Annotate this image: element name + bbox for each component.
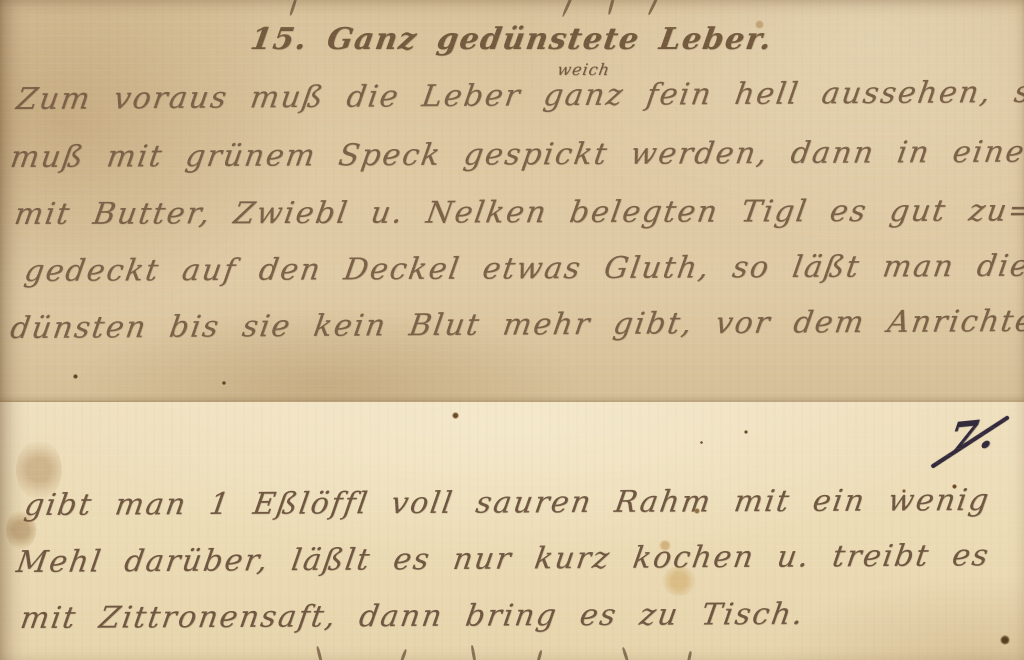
recipe-title: 15. Ganz gedünstete Leber.	[248, 22, 775, 57]
manuscript-line: Mehl darüber, läßlt es nur kurz kochen u…	[14, 538, 992, 580]
manuscript-line: mit Zittronensaft, dann bring es zu Tisc…	[18, 597, 807, 636]
inserted-word: weich	[556, 60, 612, 79]
manuscript-line: Zum voraus muß die Leber ganz fein hell …	[14, 75, 1024, 117]
manuscript-page: 15. Ganz gedünstete Leber. weich Zum vor…	[0, 0, 1024, 660]
manuscript-line: muß mit grünem Speck gespickt werden, da…	[8, 135, 1024, 175]
manuscript-line: gedeckt auf den Deckel etwas Gluth, so l…	[22, 248, 1024, 289]
manuscript-line: dünsten bis sie kein Blut mehr gibt, vor…	[8, 304, 1024, 346]
manuscript-line: mit Butter, Zwiebl u. Nelken belegten Ti…	[12, 193, 1024, 232]
crossed-out-page-number: 7.	[928, 410, 1012, 476]
manuscript-line: gibt man 1 Eßlöffl voll sauren Rahm mit …	[22, 483, 993, 523]
